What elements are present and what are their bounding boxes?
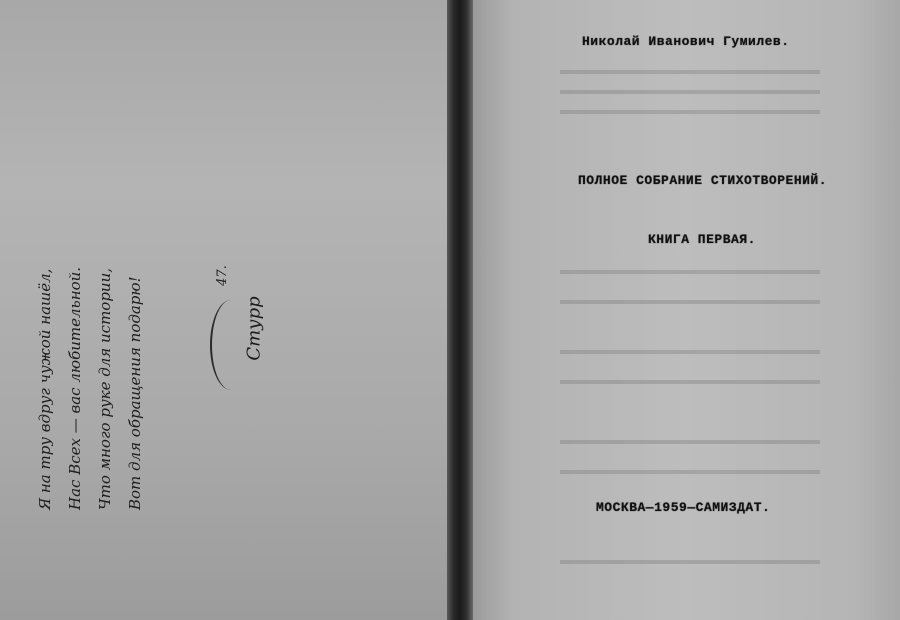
imprint: МОСКВА—1959—САМИЗДАТ. [596, 500, 770, 515]
author-name: Николай Иванович Гумилев. [582, 34, 790, 49]
book-spine [447, 0, 473, 620]
bleed-through-text [560, 440, 820, 444]
signature: Стурр [244, 296, 265, 360]
bleed-through-text [560, 470, 820, 474]
inscription-number: 47. [215, 265, 230, 286]
bleed-through-text [560, 380, 820, 384]
bleed-through-text [560, 90, 820, 94]
inscription-line: Я на тру вдруг чужой нашёл, [30, 267, 60, 510]
document-spread: Я на тру вдруг чужой нашёл, Нас Всех — в… [0, 0, 900, 620]
inscription-line: Что много руке для истории, [90, 267, 120, 510]
book-title: ПОЛНОЕ СОБРАНИЕ СТИХОТВОРЕНИЙ. [578, 173, 827, 188]
bleed-through-text [560, 70, 820, 74]
inscription-line: Вот для обращения подарю! [120, 267, 150, 510]
inscription-line: Нас Всех — вас любительной. [60, 267, 90, 510]
bleed-through-text [560, 560, 820, 564]
bleed-through-text [560, 110, 820, 114]
bleed-through-text [560, 350, 820, 354]
book-subtitle: КНИГА ПЕРВАЯ. [648, 232, 756, 247]
bleed-through-text [560, 300, 820, 304]
bleed-through-text [560, 270, 820, 274]
handwritten-inscription: Я на тру вдруг чужой нашёл, Нас Всех — в… [30, 267, 150, 510]
